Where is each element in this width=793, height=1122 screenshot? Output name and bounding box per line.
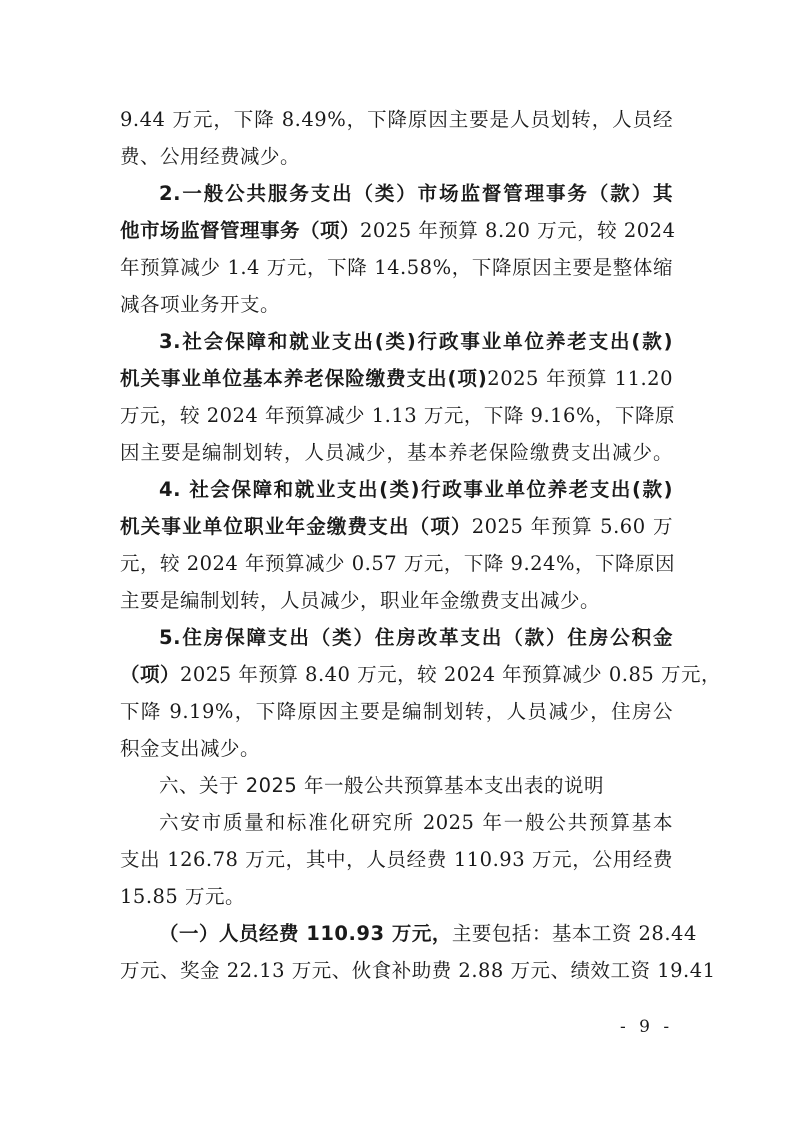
text-line: （项）2025 年预算 8.40 万元，较 2024 年预算减少 0.85 万元… <box>120 656 673 693</box>
text-line: 9.44 万元，下降 8.49%，下降原因主要是人员划转，人员经 <box>120 101 673 138</box>
text-line: 万元、奖金 22.13 万元、伙食补助费 2.88 万元、绩效工资 19.41 <box>120 952 673 989</box>
text-line: 因主要是编制划转，人员减少，基本养老保险缴费支出减少。 <box>120 434 673 471</box>
text-line: 费、公用经费减少。 <box>120 138 673 175</box>
text-line: 积金支出减少。 <box>120 730 673 767</box>
page-number: - 9 - <box>620 1017 673 1037</box>
text-line: 六安市质量和标准化研究所 2025 年一般公共预算基本 <box>120 804 673 841</box>
text-line: 万元，较 2024 年预算减少 1.13 万元，下降 9.16%，下降原 <box>120 397 673 434</box>
text-span: 2025 年预算 11.20 <box>487 367 673 390</box>
text-span: 2025 年预算 8.40 万元，较 2024 年预算减少 0.85 万元， <box>180 663 721 686</box>
text-line: （一）人员经费 110.93 万元，主要包括：基本工资 28.44 <box>120 915 673 952</box>
text-line: 减各项业务开支。 <box>120 286 673 323</box>
text-line: 主要是编制划转，人员减少，职业年金缴费支出减少。 <box>120 582 673 619</box>
text-line: 机关事业单位职业年金缴费支出（项）2025 年预算 5.60 万 <box>120 508 673 545</box>
text-span: 主要包括：基本工资 28.44 <box>452 922 697 945</box>
text-span: 2025 年预算 5.60 万 <box>472 515 673 538</box>
section-heading-6: 六、关于 2025 年一般公共预算基本支出表的说明 <box>120 767 673 804</box>
bold-span: 机关事业单位基本养老保险缴费支出(项) <box>120 367 487 390</box>
text-line: 元，较 2024 年预算减少 0.57 万元，下降 9.24%，下降原因 <box>120 545 673 582</box>
document-page: 9.44 万元，下降 8.49%，下降原因主要是人员划转，人员经 费、公用经费减… <box>120 101 673 989</box>
section-item-4-title: 4. 社会保障和就业支出(类)行政事业单位养老支出(款) <box>120 471 673 508</box>
text-line: 15.85 万元。 <box>120 878 673 915</box>
text-line: 机关事业单位基本养老保险缴费支出(项)2025 年预算 11.20 <box>120 360 673 397</box>
bold-span: （一）人员经费 110.93 万元， <box>159 922 452 945</box>
bold-span: 机关事业单位职业年金缴费支出（项） <box>120 515 472 538</box>
text-line: 下降 9.19%，下降原因主要是编制划转，人员减少，住房公 <box>120 693 673 730</box>
text-line: 他市场监督管理事务（项）2025 年预算 8.20 万元，较 2024 <box>120 212 673 249</box>
text-line: 支出 126.78 万元，其中，人员经费 110.93 万元，公用经费 <box>120 841 673 878</box>
section-item-2-title: 2.一般公共服务支出（类）市场监督管理事务（款）其 <box>120 175 673 212</box>
bold-span: 他市场监督管理事务（项） <box>120 219 360 242</box>
section-item-5-title: 5.住房保障支出（类）住房改革支出（款）住房公积金 <box>120 619 673 656</box>
text-span: 2025 年预算 8.20 万元，较 2024 <box>360 219 675 242</box>
text-line: 年预算减少 1.4 万元，下降 14.58%，下降原因主要是整体缩 <box>120 249 673 286</box>
bold-span: （项） <box>120 663 180 686</box>
section-item-3-title: 3.社会保障和就业支出(类)行政事业单位养老支出(款) <box>120 323 673 360</box>
